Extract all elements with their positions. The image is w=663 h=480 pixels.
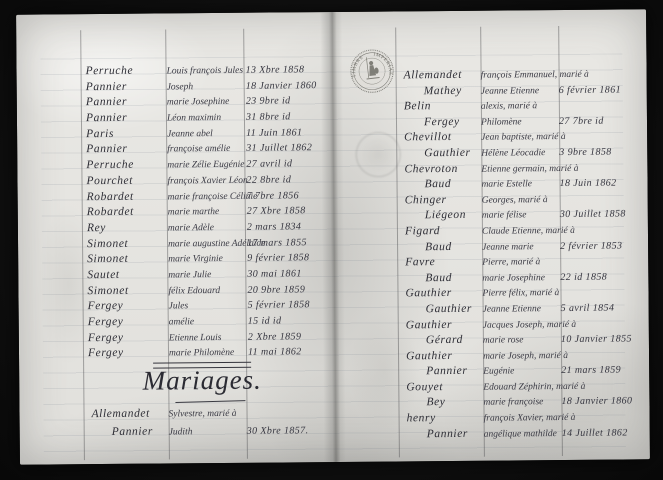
- record-surname: Fergey: [83, 347, 167, 360]
- left-page-records-table: Perruche Louis françois Jules 13 Xbre 18…: [80, 63, 345, 363]
- marriage-entry: Chevroton Etienne germain, marié à Baud …: [396, 161, 646, 194]
- husband-given-names: Etienne germain, marié à: [481, 164, 559, 175]
- marriage-entry: Gauthier Jacques Joseph, marié à Gérard …: [398, 317, 648, 350]
- wife-surname: Baud: [396, 178, 481, 191]
- record-given-names: Léon maximin: [165, 113, 243, 124]
- marriage-date: 14 Juillet 1862: [562, 427, 648, 439]
- record-given-names: Etienne Louis: [167, 332, 245, 343]
- record-surname: Sautet: [82, 268, 166, 281]
- marriage-entry: Chevillot Jean baptiste, marié à Gauthie…: [396, 130, 646, 163]
- wife-given-names: Jeanne Etienne: [483, 304, 561, 315]
- record-given-names: françois Xavier Léon: [165, 176, 243, 187]
- record-date: 27 Xbre 1858: [244, 205, 306, 217]
- wife-surname: Bey: [398, 396, 483, 409]
- record-given-names: marie marthe: [166, 207, 244, 218]
- timbre-imperial-stamp-icon: TIMBRE IMPERIAL: [347, 46, 397, 96]
- wife-surname: Mathey: [396, 84, 481, 97]
- record-date: 2 Xbre 1859: [245, 331, 302, 342]
- record-date: 27 avril id: [243, 158, 292, 169]
- record-given-names: françoise amélie: [165, 144, 243, 155]
- record-surname: Pourchet: [81, 174, 165, 187]
- husband-given-names: Claude Etienne, marié à: [482, 226, 560, 237]
- marriage-date: 30 Xbre 1857.: [247, 425, 333, 437]
- record-date: 7 7bre 1856: [244, 190, 299, 201]
- record-given-names: Joseph: [165, 81, 243, 92]
- record-date: 23 9bre id: [243, 96, 291, 107]
- marriage-entry: Allemandet Sylvestre, marié à Pannier Ju…: [83, 406, 345, 444]
- wife-surname: Pannier: [84, 425, 169, 438]
- husband-given-names: Jacques Joseph, marié à: [483, 320, 561, 331]
- record-surname: Fergey: [83, 300, 167, 313]
- wife-given-names: Jeanne marie: [482, 242, 560, 253]
- husband-line: Allemandet Sylvestre, marié à: [83, 406, 345, 426]
- husband-surname: Belin: [396, 100, 481, 113]
- wife-given-names: marie françoise: [483, 397, 561, 408]
- husband-surname: Chinger: [397, 193, 482, 206]
- marriage-date: 3 9bre 1858: [559, 146, 645, 158]
- right-page-marriages-table: Allemandet françois Emmanuel, marié à Ma…: [396, 67, 649, 443]
- wife-surname: Gauthier: [396, 147, 481, 160]
- record-surname: Pannier: [81, 143, 165, 156]
- wife-surname: Baud: [397, 271, 482, 284]
- marriage-entry: henry françois Xavier, marié à Pannier a…: [399, 410, 649, 443]
- record-surname: Simonet: [82, 237, 166, 250]
- record-date: 30 mai 1861: [244, 268, 302, 280]
- husband-surname: Figard: [397, 225, 482, 238]
- marriage-date: 6 février 1861: [559, 84, 645, 96]
- husband-surname: Chevillot: [396, 131, 481, 144]
- record-surname: Simonet: [82, 284, 166, 297]
- record-surname: Robardet: [82, 206, 166, 219]
- record-date: 22 8bre id: [243, 174, 291, 185]
- register-double-page: TIMBRE IMPERIAL Perruche Louis françois …: [16, 9, 650, 464]
- record-surname: Paris: [81, 127, 165, 140]
- husband-given-names: alexis, marié à: [481, 101, 559, 112]
- record-surname: Pannier: [81, 96, 165, 109]
- wife-given-names: marie rose: [483, 335, 561, 346]
- marriage-date: 21 mars 1859: [561, 365, 647, 377]
- wife-given-names: Judith: [169, 427, 247, 438]
- marriage-date: 5 avril 1854: [561, 302, 647, 314]
- marriage-date: 30 Juillet 1858: [560, 209, 646, 221]
- record-date: 13 Xbre 1858: [242, 64, 304, 76]
- husband-surname: Gauthier: [398, 318, 483, 331]
- wife-given-names: angélique mathilde: [484, 429, 562, 440]
- wife-given-names: Hélène Léocadie: [481, 148, 559, 159]
- husband-surname: Allemandet: [396, 69, 481, 82]
- marriage-entry: Chinger Georges, marié à Liégeon marie f…: [397, 192, 647, 225]
- husband-surname: Gauthier: [398, 349, 483, 362]
- record-date: 20 9bre 1859: [244, 284, 305, 296]
- marriage-date: 18 Juin 1862: [559, 177, 645, 189]
- wife-surname: Baud: [397, 240, 482, 253]
- record-surname: Perruche: [80, 64, 164, 77]
- husband-given-names: françois Xavier, marié à: [484, 413, 562, 424]
- marriage-entry: Gauthier Pierre félix, marié à Gauthier …: [397, 286, 647, 319]
- marriage-entry: Allemandet françois Emmanuel, marié à Ma…: [396, 67, 646, 100]
- wife-line: Pannier Judith 30 Xbre 1857.: [84, 424, 346, 444]
- record-date: 17 mars 1855: [244, 237, 307, 249]
- wife-given-names: Jeanne Etienne: [481, 86, 559, 97]
- record-given-names: marie Philomène: [167, 348, 245, 359]
- wife-given-names: marie Estelle: [482, 179, 560, 190]
- record-given-names: Jules: [167, 301, 245, 312]
- husband-surname: Favre: [397, 256, 482, 269]
- wife-given-names: Philomène: [481, 117, 559, 128]
- wife-line: Pannier angélique mathilde 14 Juillet 18…: [399, 426, 649, 444]
- marriage-date: 22 id 1858: [560, 271, 646, 283]
- husband-surname: Gouyet: [398, 381, 483, 394]
- record-date: 18 Janvier 1860: [243, 80, 317, 92]
- record-surname: Pannier: [81, 80, 165, 93]
- marriage-date: 27 7bre id: [559, 115, 645, 127]
- record-date: 2 mars 1834: [244, 221, 302, 233]
- husband-given-names: françois Emmanuel, marié à: [481, 70, 559, 81]
- record-surname: Fergey: [83, 331, 167, 344]
- husband-surname: Gauthier: [397, 287, 482, 300]
- table-row: Fergey marie Philomène 11 mai 1862: [83, 345, 345, 363]
- wife-surname: Fergey: [396, 115, 481, 128]
- record-given-names: félix Edouard: [166, 285, 244, 296]
- record-given-names: marie augustine Adélaïde: [166, 238, 244, 249]
- record-date: 11 Juin 1861: [243, 127, 302, 139]
- wife-surname: Gauthier: [398, 303, 483, 316]
- wife-given-names: Eugénie: [483, 366, 561, 377]
- section-heading-mariages: Mariages.: [83, 364, 321, 397]
- wife-given-names: marie félise: [482, 210, 560, 221]
- marriage-date: 2 février 1853: [560, 240, 646, 252]
- husband-given-names: Georges, marié à: [482, 195, 560, 206]
- husband-surname: Chevroton: [396, 162, 481, 175]
- record-given-names: marie Virginie: [166, 254, 244, 265]
- wife-surname: Liégeon: [397, 209, 482, 222]
- record-given-names: amélie: [167, 317, 245, 328]
- wife-given-names: marie Josephine: [482, 273, 560, 284]
- record-surname: Perruche: [81, 159, 165, 172]
- record-given-names: marie Adèle: [166, 223, 244, 234]
- record-surname: Pannier: [81, 112, 165, 125]
- record-date: 15 id id: [245, 315, 282, 326]
- record-date: 9 février 1858: [244, 252, 309, 264]
- record-date: 11 mai 1862: [245, 347, 302, 358]
- husband-given-names: Edouard Zéphirin, marié à: [483, 382, 561, 393]
- record-date: 5 février 1858: [245, 300, 310, 312]
- record-date: 31 8bre id: [243, 111, 291, 122]
- wife-surname: Gérard: [398, 334, 483, 347]
- husband-given-names: marie Joseph, marié à: [483, 351, 561, 362]
- record-given-names: marie Julie: [166, 270, 244, 281]
- husband-given-names: Sylvestre, marié à: [168, 409, 246, 420]
- wife-surname: Pannier: [399, 427, 484, 440]
- husband-surname: Allemandet: [83, 407, 168, 420]
- wife-surname: Pannier: [398, 365, 483, 378]
- marriage-entry: Gauthier marie Joseph, marié à Pannier E…: [398, 348, 648, 381]
- record-given-names: marie Josephine: [165, 97, 243, 108]
- record-given-names: Jeanne abel: [165, 129, 243, 140]
- record-surname: Rey: [82, 221, 166, 234]
- husband-given-names: Pierre, marié à: [482, 257, 560, 268]
- husband-given-names: Pierre félix, marié à: [482, 288, 560, 299]
- marriage-entry: Figard Claude Etienne, marié à Baud Jean…: [397, 223, 647, 256]
- record-given-names: marie Zélie Eugénie: [165, 160, 243, 171]
- record-surname: Simonet: [82, 253, 166, 266]
- husband-surname: henry: [399, 412, 484, 425]
- record-given-names: marie françoise Célinie: [166, 191, 244, 202]
- marriage-date: 10 Janvier 1855: [561, 333, 647, 345]
- marriage-entry: Belin alexis, marié à Fergey Philomène 2…: [396, 98, 646, 131]
- record-given-names: Louis françois Jules: [165, 66, 243, 77]
- record-date: 31 Juillet 1862: [243, 143, 312, 155]
- husband-given-names: Jean baptiste, marié à: [481, 132, 559, 143]
- marriage-date: 18 Janvier 1860: [561, 396, 647, 408]
- marriage-entry: Favre Pierre, marié à Baud marie Josephi…: [397, 254, 647, 287]
- record-surname: Fergey: [83, 315, 167, 328]
- stamp-bleedthrough: [355, 131, 401, 177]
- marriage-entry: Gouyet Edouard Zéphirin, marié à Bey mar…: [398, 379, 648, 412]
- record-surname: Robardet: [82, 190, 166, 203]
- left-page-marriages: Allemandet Sylvestre, marié à Pannier Ju…: [83, 406, 345, 444]
- photo-frame: TIMBRE IMPERIAL Perruche Louis françois …: [0, 0, 663, 480]
